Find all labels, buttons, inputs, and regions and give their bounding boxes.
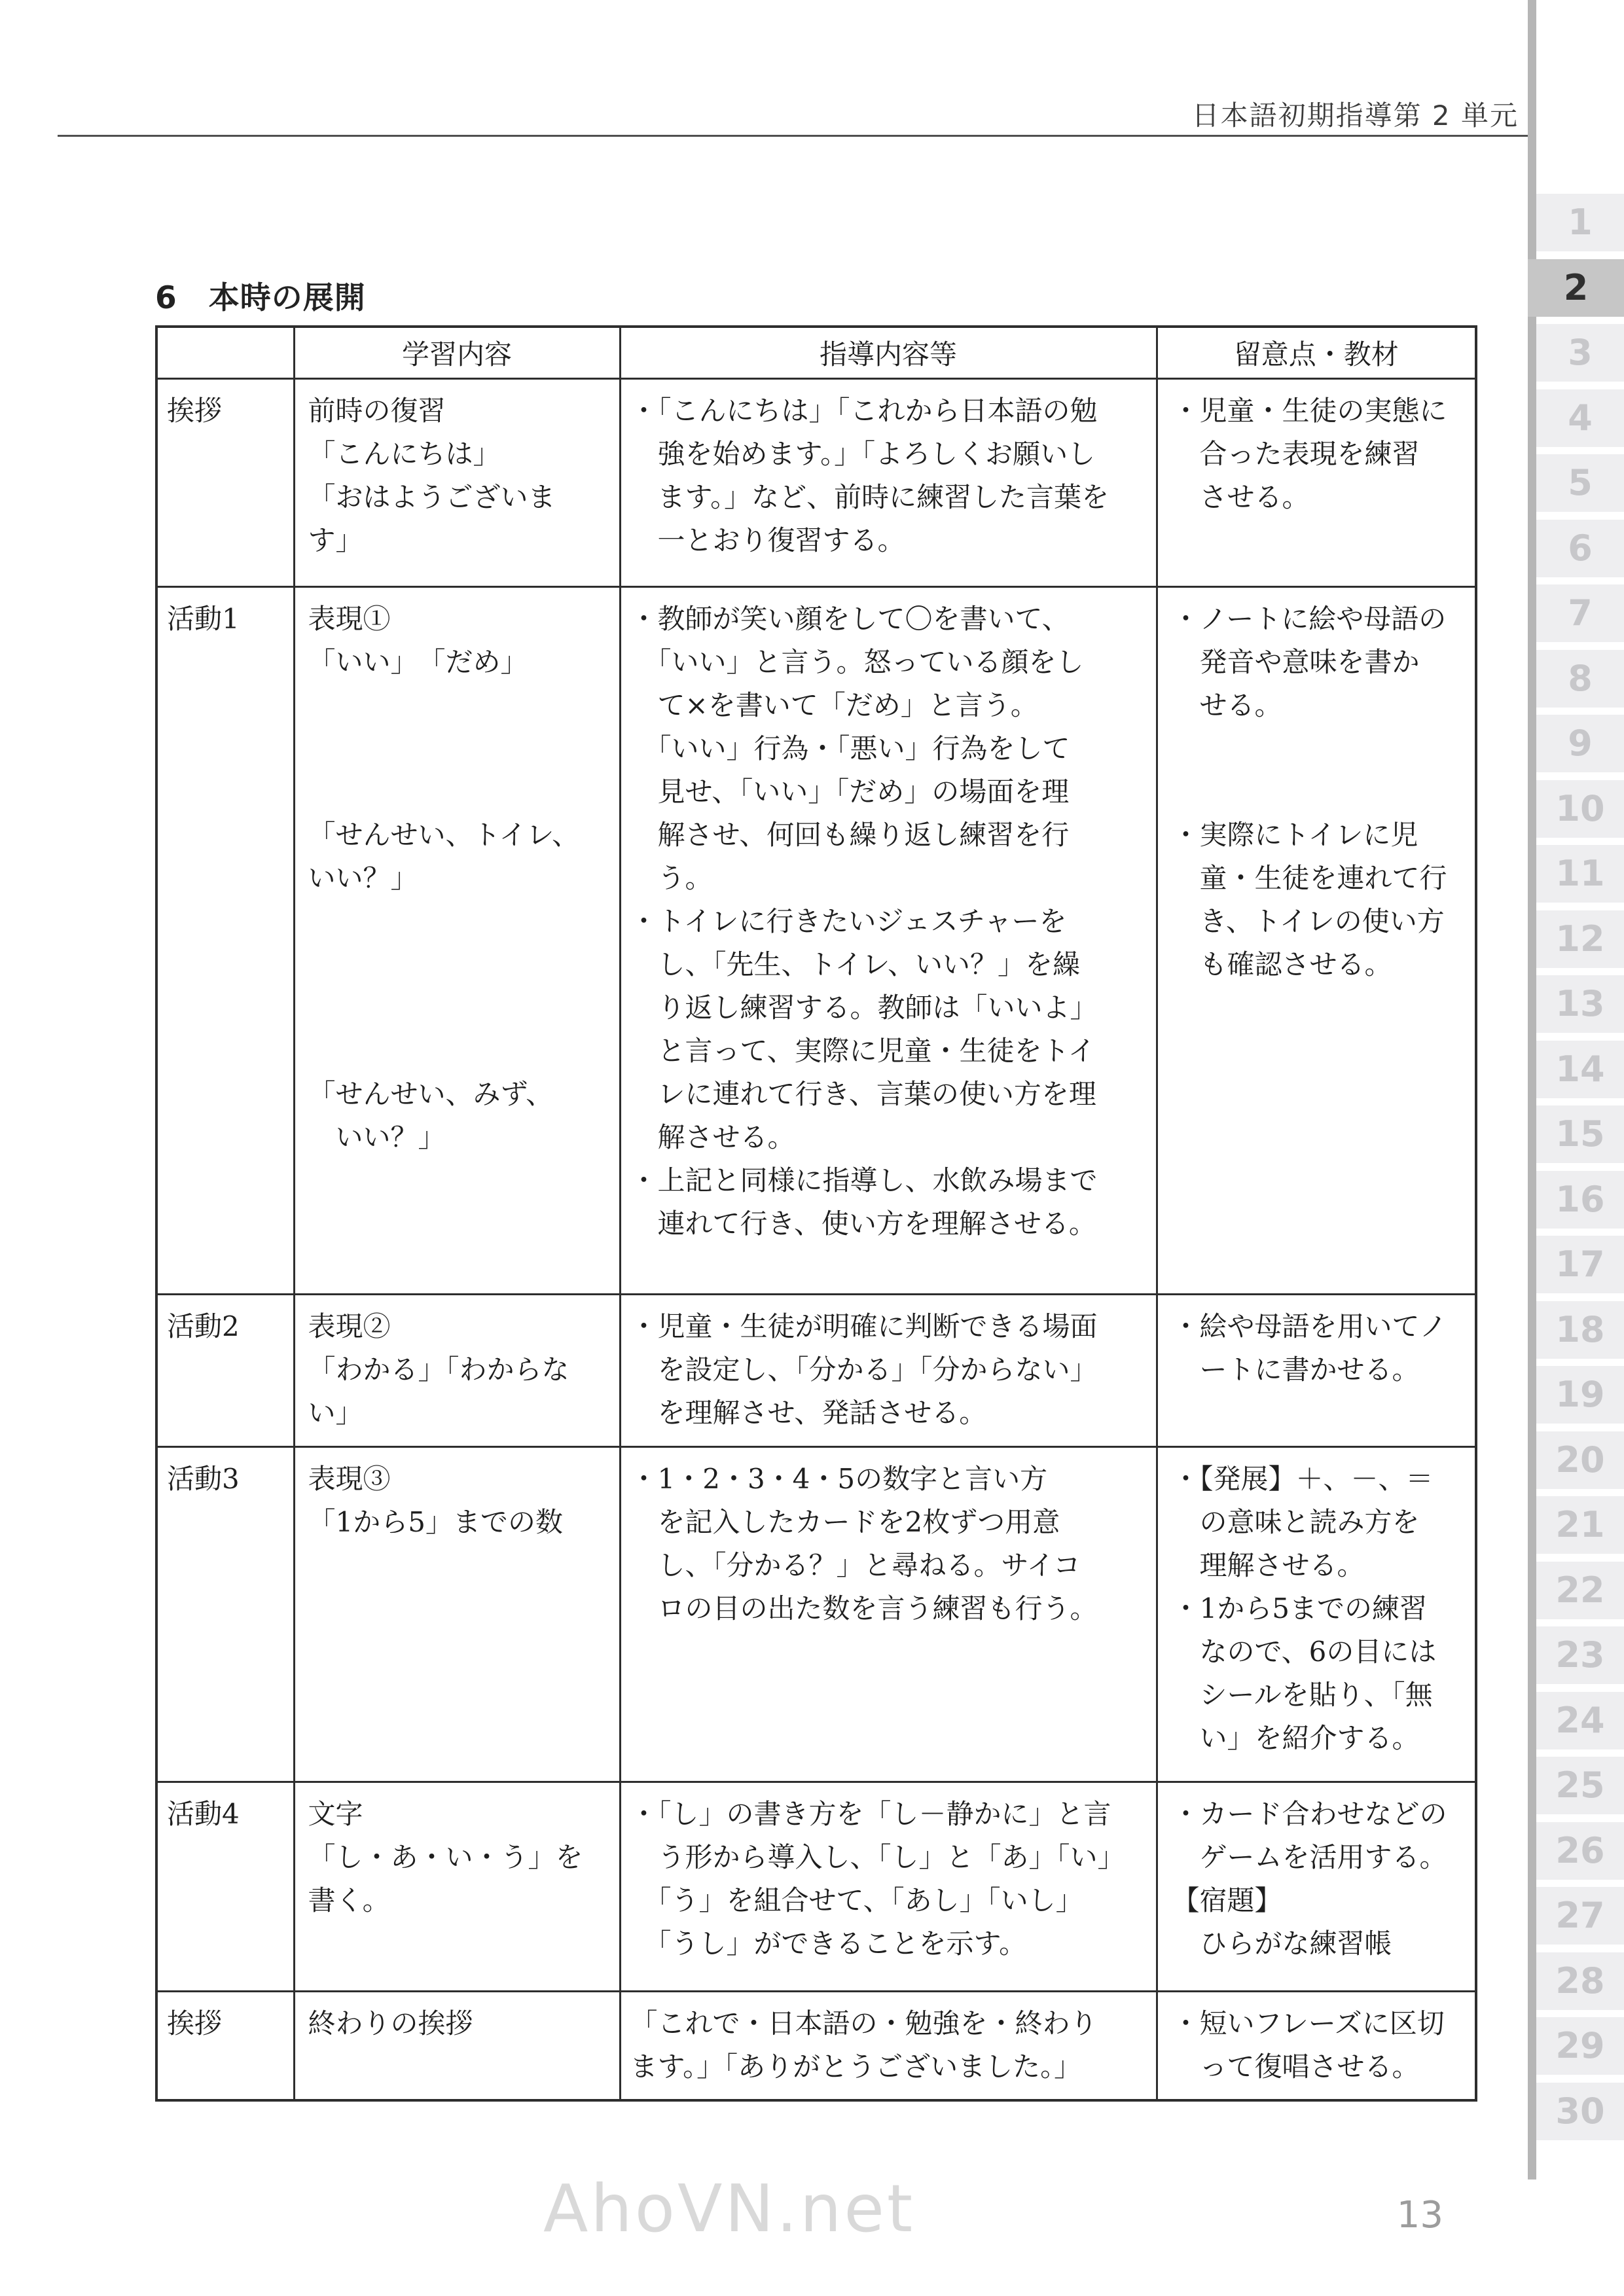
cell-instruction: ・「こんにちは」「これから日本語の勉 強を始めます。」「よろしくお願いし ます。…	[620, 379, 1157, 587]
cell-instruction: ・児童・生徒が明確に判断できる場面 を設定し、「分かる」「分からない」 を理解さ…	[620, 1295, 1157, 1447]
text-line: を設定し、「分かる」「分からない」	[630, 1348, 1152, 1391]
cell-instruction: ・1・2・3・4・5の数字と言い方 を記入したカードを2枚ずつ用意 し、「分かる…	[620, 1447, 1157, 1782]
text-line	[308, 986, 615, 1030]
text-line: 書く。	[308, 1879, 615, 1922]
text-line: レに連れて行き、言葉の使い方を理	[630, 1073, 1152, 1116]
cell-notes: ・カード合わせなどの ゲームを活用する。【宿題】 ひらがな練習帳	[1157, 1782, 1476, 1992]
sidebar-tab-11[interactable]: 11	[1536, 845, 1624, 903]
row-label: 挨拶	[156, 1992, 294, 2100]
sidebar-tab-13[interactable]: 13	[1536, 975, 1624, 1033]
sidebar-tab-20[interactable]: 20	[1536, 1431, 1624, 1489]
text-line: 表現②	[308, 1305, 615, 1348]
text-line: ・「し」の書き方を「し－静かに」と言	[630, 1793, 1152, 1836]
text-line: ートに書かせる。	[1172, 1348, 1471, 1391]
text-line: 文字	[308, 1793, 615, 1836]
cell-instruction: ・「し」の書き方を「し－静かに」と言 う形から導入し、「し」と「あ」「い」 「う…	[620, 1782, 1157, 1992]
text-line: ・ノートに絵や母語の	[1172, 598, 1471, 641]
sidebar-tab-28[interactable]: 28	[1536, 1952, 1624, 2010]
sidebar-tab-22[interactable]: 22	[1536, 1562, 1624, 1619]
text-line: も確認させる。	[1172, 943, 1471, 986]
text-line: し、「先生、トイレ、いい？」を繰	[630, 943, 1152, 986]
table-row-6: 挨拶終わりの挨拶「これで・日本語の・勉強を・終わります。」「ありがとうございまし…	[156, 1992, 1476, 2100]
sidebar-tab-16[interactable]: 16	[1536, 1171, 1624, 1229]
cell-notes: ・絵や母語を用いてノ ートに書かせる。	[1157, 1295, 1476, 1447]
document-page: 日本語初期指導第 2 単元 12345678910111213141516171…	[0, 0, 1624, 2296]
text-line: 表現③	[308, 1458, 615, 1501]
text-line	[1172, 727, 1471, 770]
cell-learning: 表現③「1から5」までの数	[294, 1447, 620, 1782]
text-line: 「うし」ができることを示す。	[630, 1922, 1152, 1965]
sidebar-tab-29[interactable]: 29	[1536, 2017, 1624, 2075]
column-header-notes: 留意点・教材	[1157, 327, 1476, 379]
cell-instruction: 「これで・日本語の・勉強を・終わります。」「ありがとうございました。」	[620, 1992, 1157, 2100]
cell-learning: 表現①「いい」 「だめ」 「せんせい、トイレ、いい？」 「せんせい、みず、 いい…	[294, 587, 620, 1295]
text-line: ・実際にトイレに児	[1172, 814, 1471, 857]
sidebar-tab-21[interactable]: 21	[1536, 1496, 1624, 1554]
text-line: ・「こんにちは」「これから日本語の勉	[630, 389, 1152, 433]
text-line: 見せ、「いい」「だめ」の場面を理	[630, 770, 1152, 814]
text-line: 合った表現を練習	[1172, 433, 1471, 476]
text-line: ・児童・生徒の実態に	[1172, 389, 1471, 433]
sidebar-tab-1[interactable]: 1	[1536, 194, 1624, 251]
cell-notes: ・【発展】＋、－、＝ の意味と読み方を 理解させる。・1から5までの練習 なので…	[1157, 1447, 1476, 1782]
lesson-table-wrap: 学習内容指導内容等留意点・教材 挨拶前時の復習「こんにちは」「おはようございます…	[155, 325, 1475, 2102]
sidebar-tab-10[interactable]: 10	[1536, 780, 1624, 838]
text-line: 解させ、何回も繰り返し練習を行	[630, 814, 1152, 857]
text-line: 「わかる」「わからな	[308, 1348, 615, 1391]
text-line: 「う」を組合せて、「あし」「いし」	[630, 1879, 1152, 1922]
text-line: 【宿題】	[1172, 1879, 1471, 1922]
sidebar-tab-24[interactable]: 24	[1536, 1692, 1624, 1749]
text-line: 理解させる。	[1172, 1544, 1471, 1587]
text-line: い」	[308, 1391, 615, 1435]
sidebar-tab-17[interactable]: 17	[1536, 1236, 1624, 1293]
text-line: 「いい」と言う。怒っている顔をし	[630, 641, 1152, 684]
text-line: ・トイレに行きたいジェスチャーを	[630, 900, 1152, 943]
text-line: ・1・2・3・4・5の数字と言い方	[630, 1458, 1152, 1501]
text-line: 「せんせい、トイレ、	[308, 814, 615, 857]
text-line	[308, 684, 615, 727]
header-title: 日本語初期指導第 2 単元	[1192, 94, 1519, 134]
text-line: ます。」など、前時に練習した言葉を	[630, 476, 1152, 519]
lesson-table: 学習内容指導内容等留意点・教材 挨拶前時の復習「こんにちは」「おはようございます…	[155, 325, 1477, 2102]
text-line: 「おはようございま	[308, 476, 615, 519]
row-label: 活動3	[156, 1447, 294, 1782]
text-line: 表現①	[308, 598, 615, 641]
row-label: 活動2	[156, 1295, 294, 1447]
text-line: 「いい」 「だめ」	[308, 641, 615, 684]
text-line: り返し練習する。教師は「いいよ」	[630, 986, 1152, 1030]
sidebar-tab-2[interactable]: 2	[1528, 259, 1624, 317]
text-line: いい？」	[308, 857, 615, 900]
row-label: 挨拶	[156, 379, 294, 587]
text-line: ・1から5までの練習	[1172, 1587, 1471, 1630]
table-row-3: 活動2表現②「わかる」「わからない」・児童・生徒が明確に判断できる場面 を設定し…	[156, 1295, 1476, 1447]
sidebar-tab-4[interactable]: 4	[1536, 389, 1624, 447]
text-line: を記入したカードを2枚ずつ用意	[630, 1501, 1152, 1544]
text-line	[308, 1030, 615, 1073]
column-header-instruction: 指導内容等	[620, 327, 1157, 379]
text-line: いい？」	[308, 1116, 615, 1159]
sidebar-tab-18[interactable]: 18	[1536, 1301, 1624, 1359]
text-line: ・児童・生徒が明確に判断できる場面	[630, 1305, 1152, 1348]
table-row-5: 活動4文字「し・あ・い・う」を書く。・「し」の書き方を「し－静かに」と言 う形か…	[156, 1782, 1476, 1992]
row-label: 活動4	[156, 1782, 294, 1992]
text-line	[1172, 770, 1471, 814]
text-line: う。	[630, 857, 1152, 900]
table-row-1: 挨拶前時の復習「こんにちは」「おはようございます」・「こんにちは」「これから日本…	[156, 379, 1476, 587]
sidebar-tab-23[interactable]: 23	[1536, 1626, 1624, 1684]
text-line: ひらがな練習帳	[1172, 1922, 1471, 1965]
sidebar-tab-3[interactable]: 3	[1536, 324, 1624, 382]
text-line	[308, 770, 615, 814]
table-row-2: 活動1表現①「いい」 「だめ」 「せんせい、トイレ、いい？」 「せんせい、みず、…	[156, 587, 1476, 1295]
text-line: の意味と読み方を	[1172, 1501, 1471, 1544]
sidebar-tab-6[interactable]: 6	[1536, 520, 1624, 577]
text-line: 連れて行き、使い方を理解させる。	[630, 1202, 1152, 1246]
sidebar-tab-19[interactable]: 19	[1536, 1366, 1624, 1424]
watermark: AhoVN.net	[543, 2170, 915, 2247]
sidebar-tab-27[interactable]: 27	[1536, 1887, 1624, 1945]
text-line: 解させる。	[630, 1116, 1152, 1159]
text-line: ・絵や母語を用いてノ	[1172, 1305, 1471, 1348]
sidebar-tab-15[interactable]: 15	[1536, 1105, 1624, 1163]
column-header-row-label	[156, 327, 294, 379]
sidebar-tab-8[interactable]: 8	[1536, 650, 1624, 708]
text-line	[308, 727, 615, 770]
text-line: 前時の復習	[308, 389, 615, 433]
text-line: い」を紹介する。	[1172, 1717, 1471, 1760]
row-label: 活動1	[156, 587, 294, 1295]
text-line: ・短いフレーズに区切	[1172, 2002, 1471, 2045]
text-line: 「し・あ・い・う」を	[308, 1836, 615, 1879]
text-line: 「せんせい、みず、	[308, 1073, 615, 1116]
text-line: ・教師が笑い顔をして〇を書いて、	[630, 598, 1152, 641]
text-line: ・カード合わせなどの	[1172, 1793, 1471, 1836]
text-line: 「これで・日本語の・勉強を・終わり	[630, 2002, 1152, 2045]
text-line: ます。」「ありがとうございました。」	[630, 2045, 1152, 2089]
text-line: って復唱させる。	[1172, 2045, 1471, 2089]
cell-learning: 表現②「わかる」「わからない」	[294, 1295, 620, 1447]
text-line: き、トイレの使い方	[1172, 900, 1471, 943]
text-line: なので、6の目には	[1172, 1630, 1471, 1674]
text-line: と言って、実際に児童・生徒をトイ	[630, 1030, 1152, 1073]
text-line: を理解させ、発話させる。	[630, 1391, 1152, 1435]
cell-learning: 終わりの挨拶	[294, 1992, 620, 2100]
text-line: 終わりの挨拶	[308, 2002, 615, 2045]
text-line: て×を書いて「だめ」と言う。	[630, 684, 1152, 727]
table-header-row: 学習内容指導内容等留意点・教材	[156, 327, 1476, 379]
sidebar-tab-7[interactable]: 7	[1536, 584, 1624, 642]
cell-notes: ・ノートに絵や母語の 発音や意味を書か せる。 ・実際にトイレに児 童・生徒を連…	[1157, 587, 1476, 1295]
text-line: 「こんにちは」	[308, 433, 615, 476]
cell-learning: 前時の復習「こんにちは」「おはようございます」	[294, 379, 620, 587]
text-line: 「いい」行為・「悪い」行為をして	[630, 727, 1152, 770]
text-line: ・上記と同様に指導し、水飲み場まで	[630, 1159, 1152, 1202]
text-line	[308, 900, 615, 943]
text-line: ・【発展】＋、－、＝	[1172, 1458, 1471, 1501]
table-row-4: 活動3表現③「1から5」までの数・1・2・3・4・5の数字と言い方 を記入したカ…	[156, 1447, 1476, 1782]
cell-instruction: ・教師が笑い顔をして〇を書いて、 「いい」と言う。怒っている顔をし て×を書いて…	[620, 587, 1157, 1295]
sidebar-tab-12[interactable]: 12	[1536, 910, 1624, 968]
text-line: シールを貼り、「無	[1172, 1674, 1471, 1717]
page-number: 13	[1397, 2194, 1443, 2236]
cell-learning: 文字「し・あ・い・う」を書く。	[294, 1782, 620, 1992]
column-header-learning: 学習内容	[294, 327, 620, 379]
text-line: 一とおり復習する。	[630, 519, 1152, 562]
text-line: 発音や意味を書か	[1172, 641, 1471, 684]
sidebar-tab-25[interactable]: 25	[1536, 1757, 1624, 1814]
text-line: せる。	[1172, 684, 1471, 727]
sidebar-tab-5[interactable]: 5	[1536, 454, 1624, 512]
text-line: 童・生徒を連れて行	[1172, 857, 1471, 900]
section-title: 6 本時の展開	[155, 274, 366, 317]
sidebar-strip	[1528, 0, 1536, 2179]
cell-notes: ・短いフレーズに区切 って復唱させる。	[1157, 1992, 1476, 2100]
text-line: 強を始めます。」「よろしくお願いし	[630, 433, 1152, 476]
text-line: ゲームを活用する。	[1172, 1836, 1471, 1879]
sidebar-tabs: 1234567891011121314151617181920212223242…	[1536, 194, 1624, 2147]
text-line: ロの目の出た数を言う練習も行う。	[630, 1587, 1152, 1630]
text-line: 「1から5」までの数	[308, 1501, 615, 1544]
header-rule	[58, 135, 1528, 137]
text-line: う形から導入し、「し」と「あ」「い」	[630, 1836, 1152, 1879]
sidebar-tab-9[interactable]: 9	[1536, 715, 1624, 772]
sidebar-tab-26[interactable]: 26	[1536, 1822, 1624, 1880]
sidebar-tab-14[interactable]: 14	[1536, 1041, 1624, 1098]
text-line: す」	[308, 519, 615, 562]
text-line: させる。	[1172, 476, 1471, 519]
text-line	[308, 943, 615, 986]
sidebar-tab-30[interactable]: 30	[1536, 2083, 1624, 2140]
text-line: し、「分かる？」と尋ねる。サイコ	[630, 1544, 1152, 1587]
cell-notes: ・児童・生徒の実態に 合った表現を練習 させる。	[1157, 379, 1476, 587]
